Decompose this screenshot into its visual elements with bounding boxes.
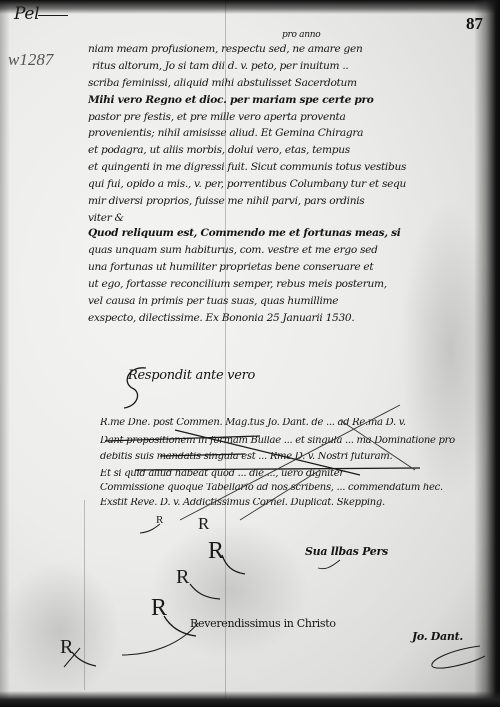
page-edge-top	[0, 0, 500, 14]
manuscript-page: Pel w1287 pro anno 87 niam meam profusio…	[0, 0, 500, 707]
page-edge-left	[0, 0, 10, 707]
signature-flourish-icon	[0, 0, 500, 707]
page-edge-bottom	[0, 691, 500, 707]
page-edge-right	[474, 0, 500, 707]
